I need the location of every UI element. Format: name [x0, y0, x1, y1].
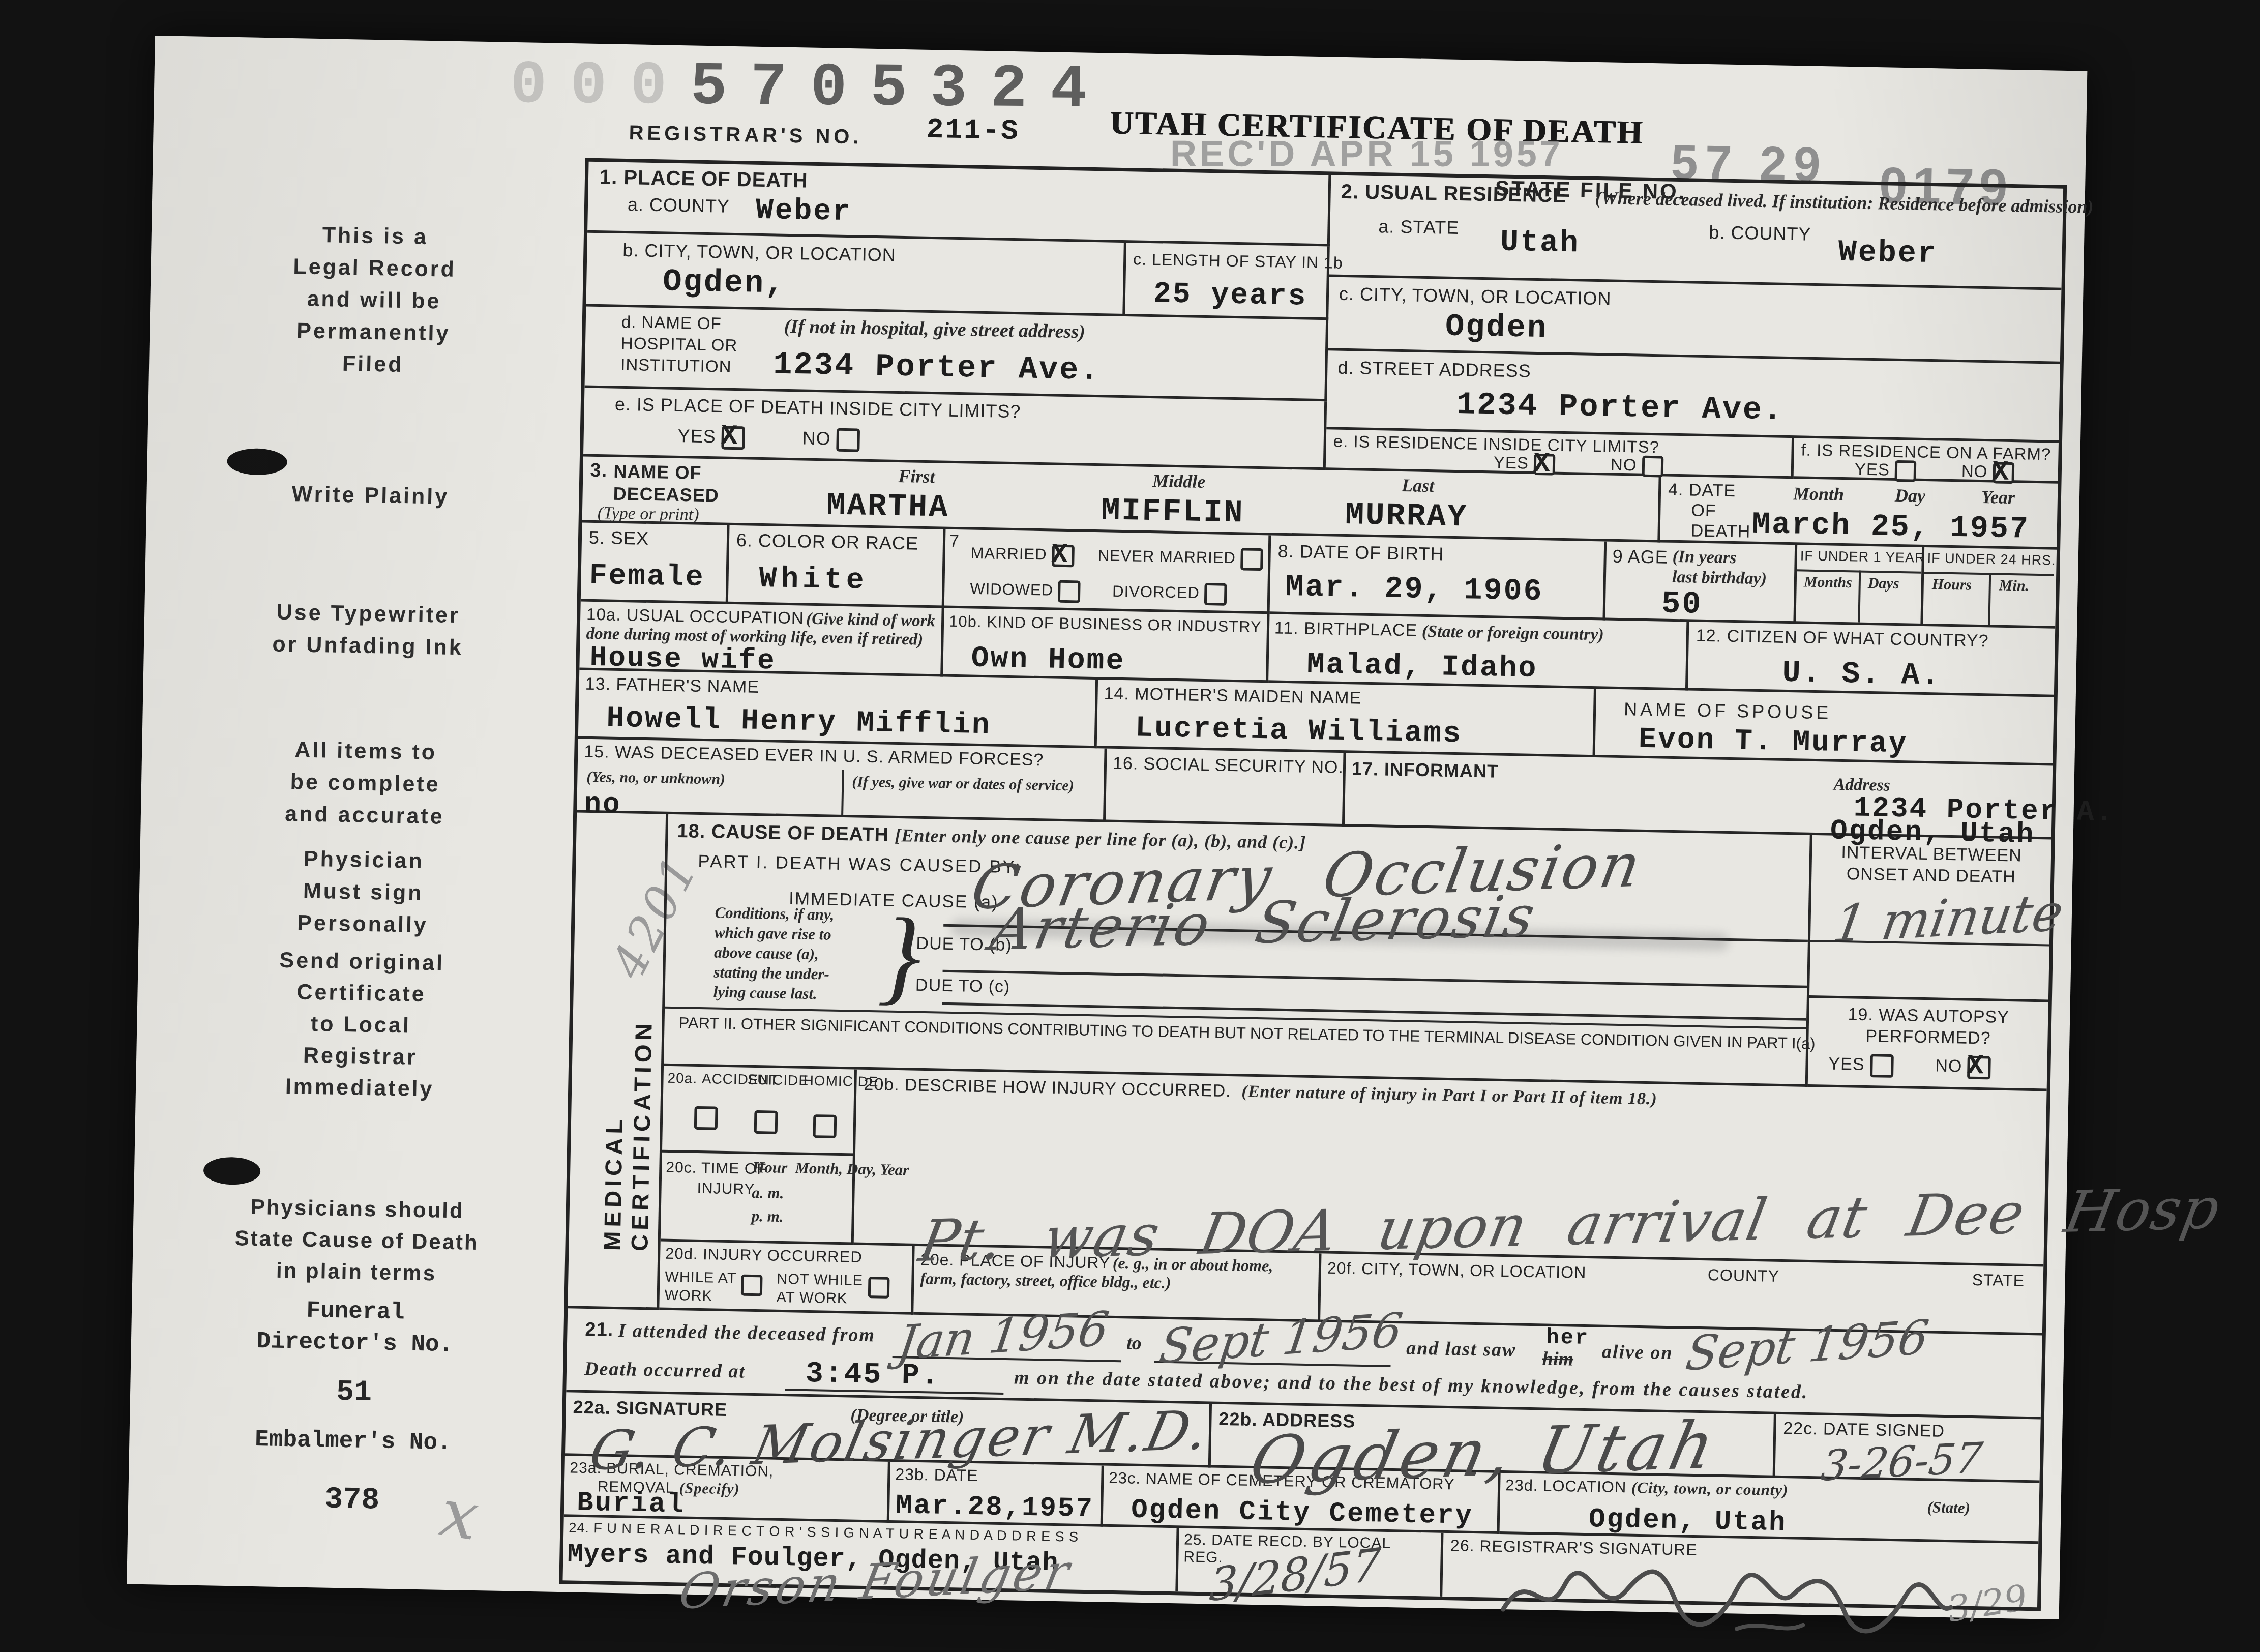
birthplace-label: 11. BIRTHPLACE	[1274, 618, 1418, 641]
last-name-value: MURRAY	[1345, 497, 1468, 535]
sex-value: Female	[589, 559, 705, 595]
margin-physician-sign-note: Physician Must sign Personally	[169, 841, 557, 944]
waw-line: WORK	[664, 1286, 736, 1306]
widowed-option: WIDOWED	[970, 579, 1081, 603]
conditions-line: which gave rise to	[715, 922, 888, 945]
field-pod-city: b. CITY, TOWN, OR LOCATION Ogden,	[586, 233, 1126, 316]
cause-b-handwriting: Arterio Sclerosis	[986, 883, 1541, 963]
interval-label-line: ONSET AND DEATH	[1827, 863, 2036, 889]
x-mark: X	[721, 421, 738, 453]
hospital-label-line: d. NAME OF	[621, 311, 738, 335]
usual-residence-title: 2. USUAL RESIDENCE	[1341, 181, 1567, 208]
year-label: Year	[1981, 486, 2015, 508]
cause-b-rule	[943, 970, 1807, 988]
injury-county-label: COUNTY	[1708, 1265, 1780, 1286]
hospital-hint: (If not in hospital, give street address…	[784, 315, 1085, 343]
field-armed-forces: 15. WAS DECEASED EVER IN U. S. ARMED FOR…	[577, 739, 1107, 822]
armed-forces-hint1: (Yes, no, or unknown)	[586, 769, 725, 788]
autopsy-label: 19. WAS AUTOPSY PERFORMED?	[1819, 1003, 2038, 1050]
not-while-at-work-option: NOT WHILE AT WORK	[776, 1270, 863, 1308]
month-label: Month	[1793, 483, 1845, 505]
pod-limits-no: NO	[802, 427, 860, 452]
margin-legal-record-note: This is a Legal Record and will be Perma…	[180, 217, 569, 384]
sex-label: 5. SEX	[589, 527, 649, 549]
funeral-directors-no-value: 51	[135, 1372, 573, 1413]
yes-label: YES	[1828, 1054, 1865, 1074]
certificate-paper: 0005705324 REGISTRAR'S NO. 211-S UTAH CE…	[127, 36, 2087, 1619]
margin-send-original-note: Send original Certificate to Local Regis…	[166, 942, 556, 1107]
field-date-of-death: 4. DATE OF DEATH Month Day Year March 25…	[1660, 476, 2058, 549]
informant-address-line2: Ogden, Utah	[1830, 815, 2035, 851]
while-at-work-option: WHILE AT WORK	[664, 1268, 737, 1306]
suicide-checkbox	[754, 1110, 778, 1134]
am-label: a. m.	[752, 1184, 784, 1202]
nwaw-line: NOT WHILE	[777, 1270, 863, 1290]
serial-number-stamp: 0005705324	[510, 51, 1111, 125]
place-of-death-title: 1. PLACE OF DEATH	[600, 166, 808, 192]
pod-limits-yes: YES X	[677, 425, 745, 450]
burial-specify-hint: (Specify)	[679, 1480, 740, 1497]
funeral-directors-no-label: Funeral Director's No.	[136, 1292, 574, 1363]
margin-write-plainly-note: Write Plainly	[177, 480, 564, 512]
field-social-security: 16. SOCIAL SECURITY NO.	[1106, 749, 1346, 827]
registrar-signature-scribble	[1498, 1553, 1957, 1643]
hospital-label-line: INSTITUTION	[620, 354, 737, 377]
never-married-label: NEVER MARRIED	[1097, 546, 1236, 567]
field-if-under-1-year: IF UNDER 1 YEAR Months Days	[1796, 545, 1924, 626]
first-name-value: MARTHA	[826, 487, 950, 525]
field-accident-suicide-homicide: 20a. ACCIDENT SUICIDE HOMICIDE	[662, 1066, 857, 1156]
toi-label-line: INJURY	[665, 1178, 766, 1200]
autopsy-no-checkbox: X	[1967, 1056, 1991, 1080]
margin-plain-terms-note: Physicians should State Cause of Death i…	[137, 1189, 576, 1292]
field-date-signed: 22c. DATE SIGNED 3-26-57	[1775, 1414, 2041, 1483]
no-label: NO	[1961, 461, 1988, 481]
field-citizen: 12. CITIZEN OF WHAT COUNTRY? U. S. A.	[1688, 622, 2055, 697]
pod-limits-no-checkbox	[836, 428, 860, 452]
serial-dark: 5705324	[690, 53, 1111, 125]
field-registrar-signature: 26. REGISTRAR'S SIGNATURE	[1442, 1533, 2038, 1607]
field-usual-residence: 2. USUAL RESIDENCE (Where deceased lived…	[1329, 175, 2063, 290]
cause-of-death-label: 18. CAUSE OF DEATH	[677, 820, 889, 846]
age-value: 50	[1661, 585, 1703, 622]
pod-city-label: b. CITY, TOWN, OR LOCATION	[622, 240, 896, 266]
field-age: 9 AGE (In years last birthday) 50	[1605, 541, 1797, 624]
field-fathers-name: 13. FATHER'S NAME Howell Henry Mifflin	[578, 670, 1098, 748]
margin-line: Immediately	[166, 1069, 553, 1107]
farm-no-checkbox: X	[1993, 462, 2014, 484]
her-typed: her	[1546, 1325, 1589, 1351]
dod-label-line: 4. DATE	[1668, 480, 1751, 501]
pod-city-value: Ogden,	[663, 263, 786, 302]
accident-checkbox	[694, 1106, 718, 1130]
field-autopsy: 19. WAS AUTOPSY PERFORMED? YES NO X	[1808, 998, 2048, 1091]
length-of-stay-label: c. LENGTH OF STAY IN 1b	[1133, 250, 1343, 273]
middle-name-label: Middle	[1152, 470, 1206, 492]
residence-city-value: Ogden	[1445, 309, 1548, 347]
married-option: MARRIED X	[970, 543, 1074, 568]
armed-forces-label: 15. WAS DECEASED EVER IN U. S. ARMED FOR…	[584, 742, 1044, 771]
under-24-hrs-label: IF UNDER 24 HRS.	[1927, 550, 2056, 569]
citizen-label: 12. CITIZEN OF WHAT COUNTRY?	[1696, 626, 1989, 652]
field-residence-on-farm: f. IS RESIDENCE ON A FARM? YES NO X	[1794, 438, 2059, 484]
never-married-checkbox	[1240, 548, 1263, 571]
homicide-checkbox	[813, 1114, 837, 1138]
field-color-or-race: 6. COLOR OR RACE White	[728, 525, 946, 608]
day-label: Day	[1895, 485, 1926, 507]
divorced-checkbox	[1204, 583, 1227, 606]
pod-limits-question: e. IS PLACE OF DEATH INSIDE CITY LIMITS?	[614, 394, 1021, 423]
birthplace-value: Malad, Idaho	[1306, 648, 1538, 686]
injury-state-label: STATE	[1972, 1271, 2025, 1290]
injury-describe-label: 20b. DESCRIBE HOW INJURY OCCURRED.	[864, 1075, 1231, 1101]
state-label: a. STATE	[1378, 216, 1459, 239]
age-label: 9 AGE	[1612, 546, 1668, 568]
state-value: Utah	[1500, 225, 1580, 261]
field-cause-of-death: 18. CAUSE OF DEATH [Enter only one cause…	[664, 814, 1812, 1087]
20a-number: 20a.	[667, 1070, 697, 1086]
received-date-stamp: REC'D APR 15 1957	[1170, 133, 1563, 175]
autopsy-yes: YES	[1828, 1053, 1893, 1078]
cemetery-value: Ogden City Cemetery	[1131, 1495, 1474, 1532]
margin-line: and accurate	[171, 796, 558, 835]
business-label: 10b. KIND OF BUSINESS OR INDUSTRY	[949, 612, 1262, 636]
field-street-address: d. STREET ADDRESS 1234 Porter Ave.	[1326, 350, 2060, 442]
yes-label: YES	[677, 425, 716, 447]
attended-text-2: and last saw	[1406, 1337, 1516, 1362]
serial-faint: 000	[510, 51, 691, 122]
field-burial-date: 23b. DATE Mar.28,1957	[889, 1462, 1104, 1527]
residence-limits-no-checkbox	[1642, 456, 1663, 478]
days-label: Days	[1868, 575, 1899, 593]
him-struck: him	[1542, 1347, 1573, 1370]
age-hint-line: (In years	[1672, 547, 1767, 569]
residence-limits-no: NO	[1611, 455, 1663, 478]
deceased-label: NAME OF DECEASED	[613, 460, 720, 507]
injury-occurred-label: 20d. INJURY OCCURRED	[665, 1245, 863, 1266]
no-label: NO	[802, 427, 831, 449]
field-injury-occurred: 20d. INJURY OCCURRED WHILE AT WORK NOT W…	[659, 1242, 914, 1315]
screenshot-root: { "common": {"yes": "YES", "no": "NO", "…	[0, 0, 2260, 1652]
registrar-no-label: REGISTRAR'S NO.	[629, 122, 863, 149]
field-usual-occupation: 10a. USUAL OCCUPATION (Give kind of work…	[579, 602, 944, 677]
street-address-value: 1234 Porter Ave.	[1456, 387, 1783, 429]
field-funeral-director: 24. F U N E R A L D I R E C T O R ' S S …	[562, 1517, 1179, 1591]
margin-all-items-note: All items to be complete and accurate	[171, 732, 559, 835]
divorced-option: DIVORCED	[1112, 581, 1227, 606]
death-occurred-text: Death occurred at	[584, 1358, 746, 1383]
occupation-label: 10a. USUAL OCCUPATION	[586, 605, 804, 628]
x-mark: X	[1051, 539, 1069, 571]
hour-label: Hour	[752, 1158, 788, 1177]
deceased-label-line: NAME OF	[613, 460, 720, 485]
months-label: Months	[1804, 574, 1853, 592]
burial-value: Burial	[577, 1488, 686, 1521]
conditions-brace: }	[877, 894, 922, 1017]
hospital-label-line: HOSPITAL OR	[621, 333, 738, 356]
pod-limits-yes-checkbox: X	[721, 426, 745, 450]
field-place-of-death-county: 1. PLACE OF DEATH a. COUNTY Weber	[587, 162, 1331, 247]
race-value: White	[759, 563, 868, 598]
informant-label: 17. INFORMANT	[1352, 758, 1499, 782]
nwaw-line: AT WORK	[776, 1288, 863, 1308]
field-injury-city: 20f. CITY, TOWN, OR LOCATION COUNTY STAT…	[1320, 1253, 2043, 1335]
waw-line: WHILE AT	[665, 1268, 737, 1288]
field-physician-signature: 22a. SIGNATURE (Degree or title) G. C. M…	[565, 1392, 1212, 1467]
location-state-hint: (State)	[1927, 1498, 1970, 1517]
divorced-label: DIVORCED	[1112, 582, 1200, 602]
deceased-number: 3.	[590, 460, 607, 482]
dob-label: 8. DATE OF BIRTH	[1277, 541, 1444, 565]
farm-yes: YES	[1855, 459, 1917, 482]
widowed-label: WIDOWED	[970, 580, 1053, 599]
father-label: 13. FATHER'S NAME	[585, 674, 759, 697]
hours-label: Hours	[1931, 576, 1972, 594]
deceased-label-line: DECEASED	[613, 483, 719, 507]
hospital-label: d. NAME OF HOSPITAL OR INSTITUTION	[620, 311, 738, 377]
medical-certification-label: MEDICAL CERTIFICATION	[598, 874, 660, 1251]
usual-residence-hint: (Where deceased lived. If institution: R…	[1595, 187, 2094, 218]
field-date-received: 25. DATE RECD. BY LOCAL REG. 3/28/57	[1178, 1528, 1443, 1597]
field-pod-city-limits: e. IS PLACE OF DEATH INSIDE CITY LIMITS?…	[583, 388, 1327, 470]
field-name-of-spouse: NAME OF SPOUSE Evon T. Murray	[1595, 689, 2054, 765]
conditions-line: lying cause last.	[713, 982, 886, 1005]
armed-forces-hint2: (If yes, give war or dates of service)	[852, 773, 1074, 794]
field-mothers-maiden-name: 14. MOTHER'S MAIDEN NAME Lucretia Willia…	[1097, 680, 1596, 757]
first-name-label: First	[898, 465, 935, 487]
conditions-line: Conditions, if any,	[715, 902, 888, 925]
birthplace-hint: (State or foreign country)	[1422, 622, 1604, 645]
conditions-line: stating the under-	[713, 962, 887, 985]
spouse-value: Evon T. Murray	[1639, 723, 1908, 761]
father-value: Howell Henry Mifflin	[606, 702, 991, 742]
part1-label: PART I. DEATH WAS CAUSED BY:	[698, 851, 1022, 878]
embalmers-no-value: 378	[133, 1479, 571, 1522]
date-of-death-label: 4. DATE OF DEATH	[1667, 480, 1751, 542]
part2-label: PART II. OTHER SIGNIFICANT CONDITIONS CO…	[678, 1014, 1815, 1053]
cause-c-rule	[942, 1002, 1806, 1021]
dod-label-line: DEATH	[1667, 520, 1750, 542]
divider	[1988, 573, 1991, 625]
married-checkbox: X	[1052, 544, 1075, 567]
attended-to-word: to	[1126, 1332, 1142, 1354]
field-length-of-stay: c. LENGTH OF STAY IN 1b 25 years	[1125, 243, 1330, 320]
month-day-year-label: Month, Day, Year	[795, 1159, 909, 1179]
dod-label-line: OF	[1668, 500, 1751, 522]
married-label: MARRIED	[970, 544, 1047, 564]
due-to-c-label: DUE TO (c)	[915, 976, 1010, 997]
dob-value: Mar. 29, 1906	[1285, 570, 1543, 609]
residence-limits-yes-checkbox: X	[1534, 454, 1556, 476]
marital-number: 7	[949, 532, 960, 551]
farm-question: f. IS RESIDENCE ON A FARM?	[1801, 440, 2051, 464]
age-hint: (In years last birthday)	[1672, 547, 1768, 589]
street-address-label: d. STREET ADDRESS	[1337, 357, 1531, 382]
punch-hole-top	[227, 448, 287, 476]
margin-line: Filed	[180, 345, 567, 384]
injury-describe-hint: (Enter nature of injury in Part I or Par…	[1241, 1082, 1657, 1109]
spouse-label: NAME OF SPOUSE	[1624, 698, 1832, 723]
margin-typewriter-note: Use Typewriter or Unfading Ink	[159, 594, 577, 666]
length-of-stay-value: 25 years	[1153, 278, 1307, 314]
autopsy-yes-checkbox	[1870, 1054, 1894, 1078]
field-kind-of-business: 10b. KIND OF BUSINESS OR INDUSTRY Own Ho…	[943, 608, 1269, 683]
farm-no: NO X	[1961, 461, 2014, 484]
business-value: Own Home	[971, 642, 1125, 678]
field-date-of-birth: 8. DATE OF BIRTH Mar. 29, 1906	[1270, 535, 1607, 620]
autopsy-label-line: 19. WAS AUTOPSY	[1819, 1003, 2038, 1028]
farm-yes-checkbox	[1895, 460, 1917, 482]
field-physician-address: 22b. ADDRESS Ogden, Utah	[1211, 1404, 1776, 1478]
attended-text-1: I attended the deceased from	[618, 1319, 875, 1346]
cemetery-location-value: Ogden, Utah	[1588, 1504, 1787, 1539]
residence-county-label: b. COUNTY	[1709, 222, 1811, 245]
registrar-no-value: 211-S	[926, 113, 1020, 147]
no-label: NO	[1935, 1056, 1962, 1076]
field-describe-injury: 20b. DESCRIBE HOW INJURY OCCURRED. (Ente…	[854, 1070, 2047, 1267]
divider	[1858, 571, 1861, 623]
field-time-of-injury: 20c. TIME OF INJURY Hour a. m. p. m. Mon…	[661, 1153, 855, 1245]
residence-county-value: Weber	[1838, 235, 1938, 272]
residence-city-label: c. CITY, TOWN, OR LOCATION	[1339, 283, 1612, 310]
citizen-value: U. S. A.	[1782, 656, 1941, 694]
field-residence-city: c. CITY, TOWN, OR LOCATION Ogden	[1328, 277, 2061, 364]
embalmers-no-label: Embalmer's No.	[134, 1424, 572, 1459]
while-at-work-checkbox	[741, 1275, 763, 1296]
suicide-label: SUICIDE	[747, 1072, 809, 1089]
never-married-option: NEVER MARRIED	[1097, 545, 1263, 571]
field-interval: INTERVAL BETWEEN ONSET AND DEATH 1 minut…	[1809, 835, 2051, 1002]
divider	[841, 770, 844, 815]
medical-certification-strip: MEDICAL CERTIFICATION	[568, 812, 668, 1310]
attended-text-3: alive on	[1602, 1341, 1673, 1365]
field-birthplace: 11. BIRTHPLACE (State or foreign country…	[1268, 614, 1689, 690]
deceased-hint: (Type or print)	[598, 504, 699, 525]
certificate-form: 1. PLACE OF DEATH a. COUNTY Weber 2. USU…	[559, 158, 2067, 1611]
toi-label-line: 20c. TIME OF	[666, 1158, 767, 1180]
race-label: 6. COLOR OR RACE	[736, 529, 919, 554]
conditions-note: Conditions, if any, which gave rise to a…	[713, 902, 888, 1005]
autopsy-no: NO X	[1935, 1055, 1991, 1079]
field-sex: 5. SEX Female	[581, 523, 730, 604]
yes-label: YES	[1855, 459, 1890, 479]
conditions-line: above cause (a),	[714, 942, 887, 965]
county-label: a. COUNTY	[628, 194, 730, 217]
x-mark: X	[1967, 1051, 1984, 1082]
field-informant: 17. INFORMANT Address 1234 Porter A. Ogd…	[1345, 753, 2053, 839]
middle-name-value: MIFFLIN	[1101, 492, 1245, 531]
hospital-value: 1234 Porter Ave.	[773, 346, 1101, 389]
field-hospital: d. NAME OF HOSPITAL OR INSTITUTION (If n…	[584, 307, 1328, 402]
field-if-under-24-hrs: IF UNDER 24 HRS. Hours Min.	[1923, 547, 2057, 629]
residence-limits-yes: YES X	[1494, 453, 1556, 475]
widowed-checkbox	[1058, 580, 1081, 603]
margin-line: Personally	[169, 905, 556, 944]
no-label: NO	[1611, 455, 1637, 475]
ssn-label: 16. SOCIAL SECURITY NO.	[1113, 754, 1344, 778]
last-name-label: Last	[1402, 475, 1435, 496]
autopsy-label-line: PERFORMED?	[1819, 1024, 2038, 1050]
not-while-at-work-checkbox	[868, 1277, 890, 1299]
punch-hole-bottom	[203, 1157, 261, 1185]
mother-label: 14. MOTHER'S MAIDEN NAME	[1104, 684, 1361, 708]
attended-number: 21.	[585, 1319, 614, 1341]
burial-date-value: Mar.28,1957	[896, 1490, 1094, 1525]
pm-label: p. m.	[751, 1207, 784, 1226]
date-of-death-value: March 25, 1957	[1751, 508, 2030, 547]
min-label: Min.	[1999, 577, 2029, 595]
under-1-year-label: IF UNDER 1 YEAR	[1800, 548, 1925, 566]
mother-value: Lucretia Williams	[1135, 712, 1463, 751]
field-marital-status: 7 MARRIED X NEVER MARRIED WIDOWED DIVORC…	[944, 529, 1271, 614]
yes-label: YES	[1494, 453, 1529, 472]
county-value: Weber	[755, 194, 852, 229]
